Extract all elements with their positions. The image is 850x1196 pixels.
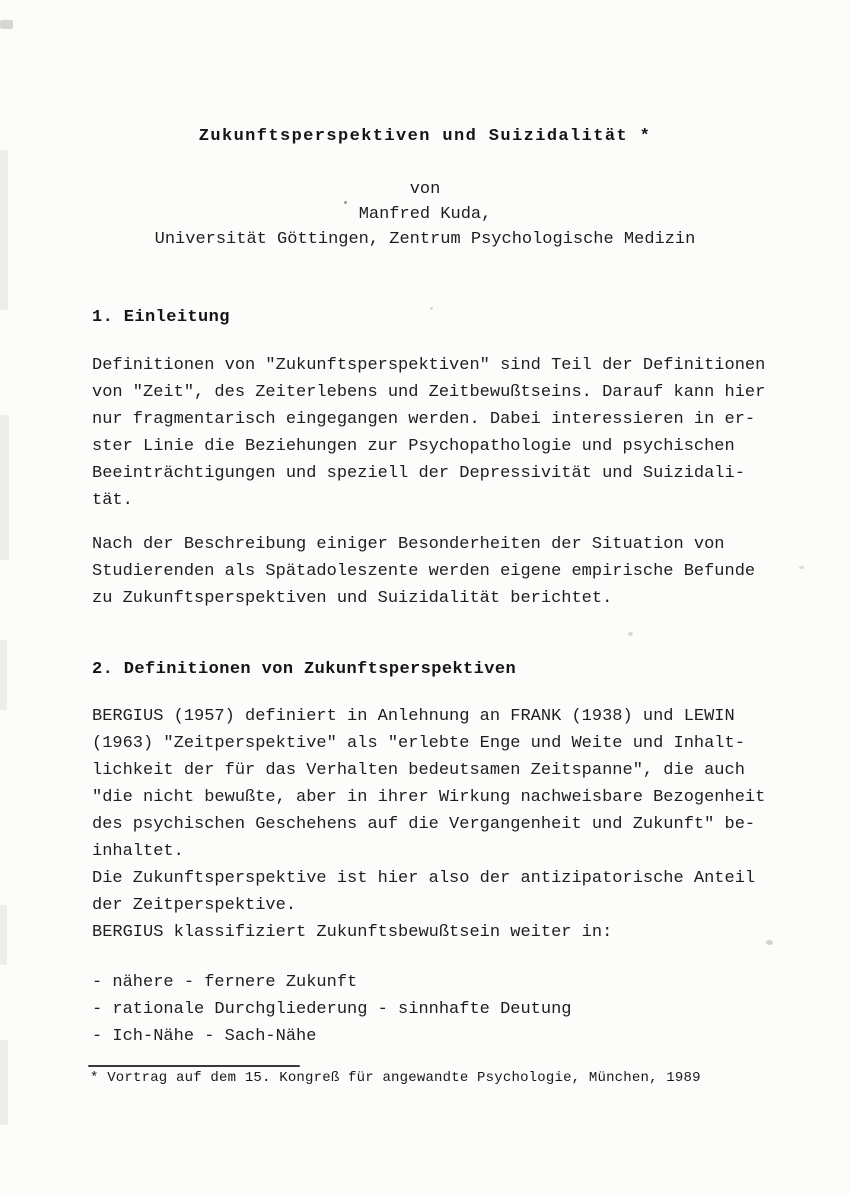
scan-speck bbox=[430, 307, 433, 310]
paragraph: Nach der Beschreibung einiger Besonderhe… bbox=[92, 531, 802, 612]
scan-artifact-left-edge bbox=[0, 1040, 8, 1125]
dash-list: - nähere - fernere Zukunft - rationale D… bbox=[92, 969, 802, 1050]
paragraph: Definitionen von "Zukunftsperspektiven" … bbox=[92, 352, 802, 514]
scan-artifact-corner bbox=[0, 20, 13, 29]
scanned-paper-page: Zukunftsperspektiven und Suizidalität * … bbox=[0, 0, 850, 1196]
paragraph: BERGIUS (1957) definiert in Anlehnung an… bbox=[92, 703, 802, 946]
byline: von bbox=[0, 180, 850, 199]
scan-speck bbox=[344, 201, 347, 204]
section-heading-definitionen: 2. Definitionen von Zukunftsperspektiven bbox=[92, 660, 516, 679]
scan-artifact-left-edge bbox=[0, 640, 7, 710]
scan-artifact-left-edge bbox=[0, 905, 7, 965]
author-name: Manfred Kuda, bbox=[0, 205, 850, 224]
section-heading-einleitung: 1. Einleitung bbox=[92, 308, 230, 327]
document-title: Zukunftsperspektiven und Suizidalität * bbox=[0, 127, 850, 146]
scan-speck bbox=[628, 632, 633, 636]
footnote-divider bbox=[88, 1065, 300, 1067]
footnote: * Vortrag auf dem 15. Kongreß für angewa… bbox=[90, 1068, 701, 1088]
scan-artifact-left-edge bbox=[0, 415, 9, 560]
author-affiliation: Universität Göttingen, Zentrum Psycholog… bbox=[0, 230, 850, 249]
